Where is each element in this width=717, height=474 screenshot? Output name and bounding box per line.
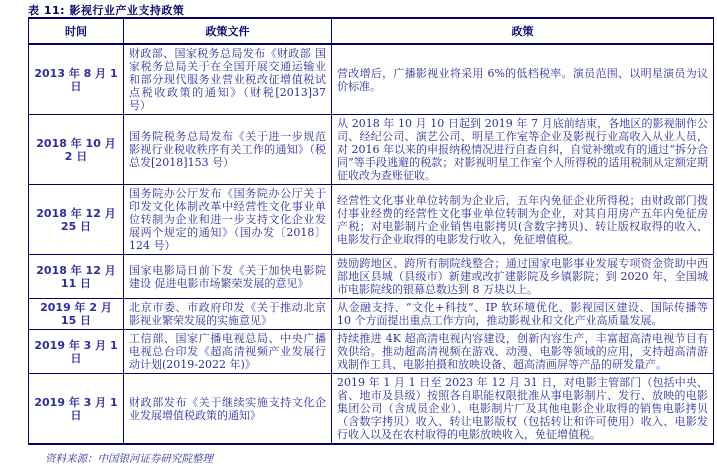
report-page: 表 11: 影视行业产业支持政策 时间 政策文件 政策 2013 年 8 月 1… <box>0 0 717 474</box>
page-title: 表 11: 影视行业产业支持政策 <box>28 2 184 18</box>
cell-document: 国务院税务总局发布《关于进一步规范影视行业税收秩序有关工作的通知》（税总发[20… <box>124 115 332 185</box>
cell-document: 财政部、国家税务总局发布《财政部 国家税务总局关于在全国开展交通运输业和部分现代… <box>124 44 332 115</box>
header-row: 时间 政策文件 政策 <box>29 18 714 44</box>
table-row: 2018 年 12 月 11 日 国家电影局日前下发《关于加快电影院建设 促进电… <box>29 255 714 299</box>
cell-policy: 鼓励跨地区、跨所有制院线整合；通过国家电影事业发展专项资金资助中西部地区县城（县… <box>332 255 714 299</box>
table-row: 2019 年 2 月 15 日 北京市委、市政府印发《关于推动北京影视业繁荣发展… <box>29 299 714 330</box>
table-row: 2019 年 3 月 1 日 财政部发布《关于继续实施支持文化企业发展增值税政策… <box>29 374 714 445</box>
table-row: 2013 年 8 月 1 日 财政部、国家税务总局发布《财政部 国家税务总局关于… <box>29 44 714 115</box>
table-row: 2018 年 10 月 2 日 国务院税务总局发布《关于进一步规范影视行业税收秩… <box>29 115 714 185</box>
cell-time: 2018 年 12 月 11 日 <box>29 255 124 299</box>
col-header-time: 时间 <box>29 18 124 44</box>
cell-time: 2019 年 2 月 15 日 <box>29 299 124 330</box>
cell-document: 北京市委、市政府印发《关于推动北京影视业繁荣发展的实施意见》 <box>124 299 332 330</box>
cell-policy: 营改增后，广播影视业将采用 6%的低档税率。演员范围、以明星演员为议价标准。 <box>332 44 714 115</box>
cell-document: 财政部发布《关于继续实施支持文化企业发展增值税政策的通知》 <box>124 374 332 445</box>
cell-policy: 2019 年 1 月 1 日至 2023 年 12 月 31 日，对电影主管部门… <box>332 374 714 445</box>
cell-document: 国家电影局日前下发《关于加快电影院建设 促进电影市场繁荣发展的意见》 <box>124 255 332 299</box>
cell-time: 2018 年 10 月 2 日 <box>29 115 124 185</box>
cell-policy: 持续推进 4K 超高清电视内容建设，创新内容生产，丰富超高清电视节目有效供给。推… <box>332 330 714 374</box>
cell-policy: 从金融支持、“文化+科技”、IP 软环境优化、影视园区建设、国际传播等 10 个… <box>332 299 714 330</box>
cell-policy: 从 2018 年 10 月 10 日起到 2019 年 7 月底前结束，各地区的… <box>332 115 714 185</box>
cell-document: 工信部、国家广播电视总局、中央广播电视总台印发《超高清视频产业发展行动计划(20… <box>124 330 332 374</box>
cell-time: 2019 年 3 月 1 日 <box>29 374 124 445</box>
col-header-policy: 政策 <box>332 18 714 44</box>
cell-document: 国务院办公厅发布《国务院办公厅关于印发文化体制改革中经营性文化事业单位转制为企业… <box>124 185 332 255</box>
table-row: 2018 年 12 月 25 日 国务院办公厅发布《国务院办公厅关于印发文化体制… <box>29 185 714 255</box>
cell-time: 2019 年 3 月 1 日 <box>29 330 124 374</box>
col-header-document: 政策文件 <box>124 18 332 44</box>
cell-time: 2018 年 12 月 25 日 <box>29 185 124 255</box>
cell-policy: 经营性文化事业单位转制为企业后，五年内免征企业所得税；由财政部门拨付事业经费的经… <box>332 185 714 255</box>
table-row: 2019 年 3 月 1 日 工信部、国家广播电视总局、中央广播电视总台印发《超… <box>29 330 714 374</box>
policy-table: 时间 政策文件 政策 2013 年 8 月 1 日 财政部、国家税务总局发布《财… <box>28 17 714 445</box>
source-note: 资料来源：中国银河证券研究院整理 <box>45 451 213 466</box>
cell-time: 2013 年 8 月 1 日 <box>29 44 124 115</box>
